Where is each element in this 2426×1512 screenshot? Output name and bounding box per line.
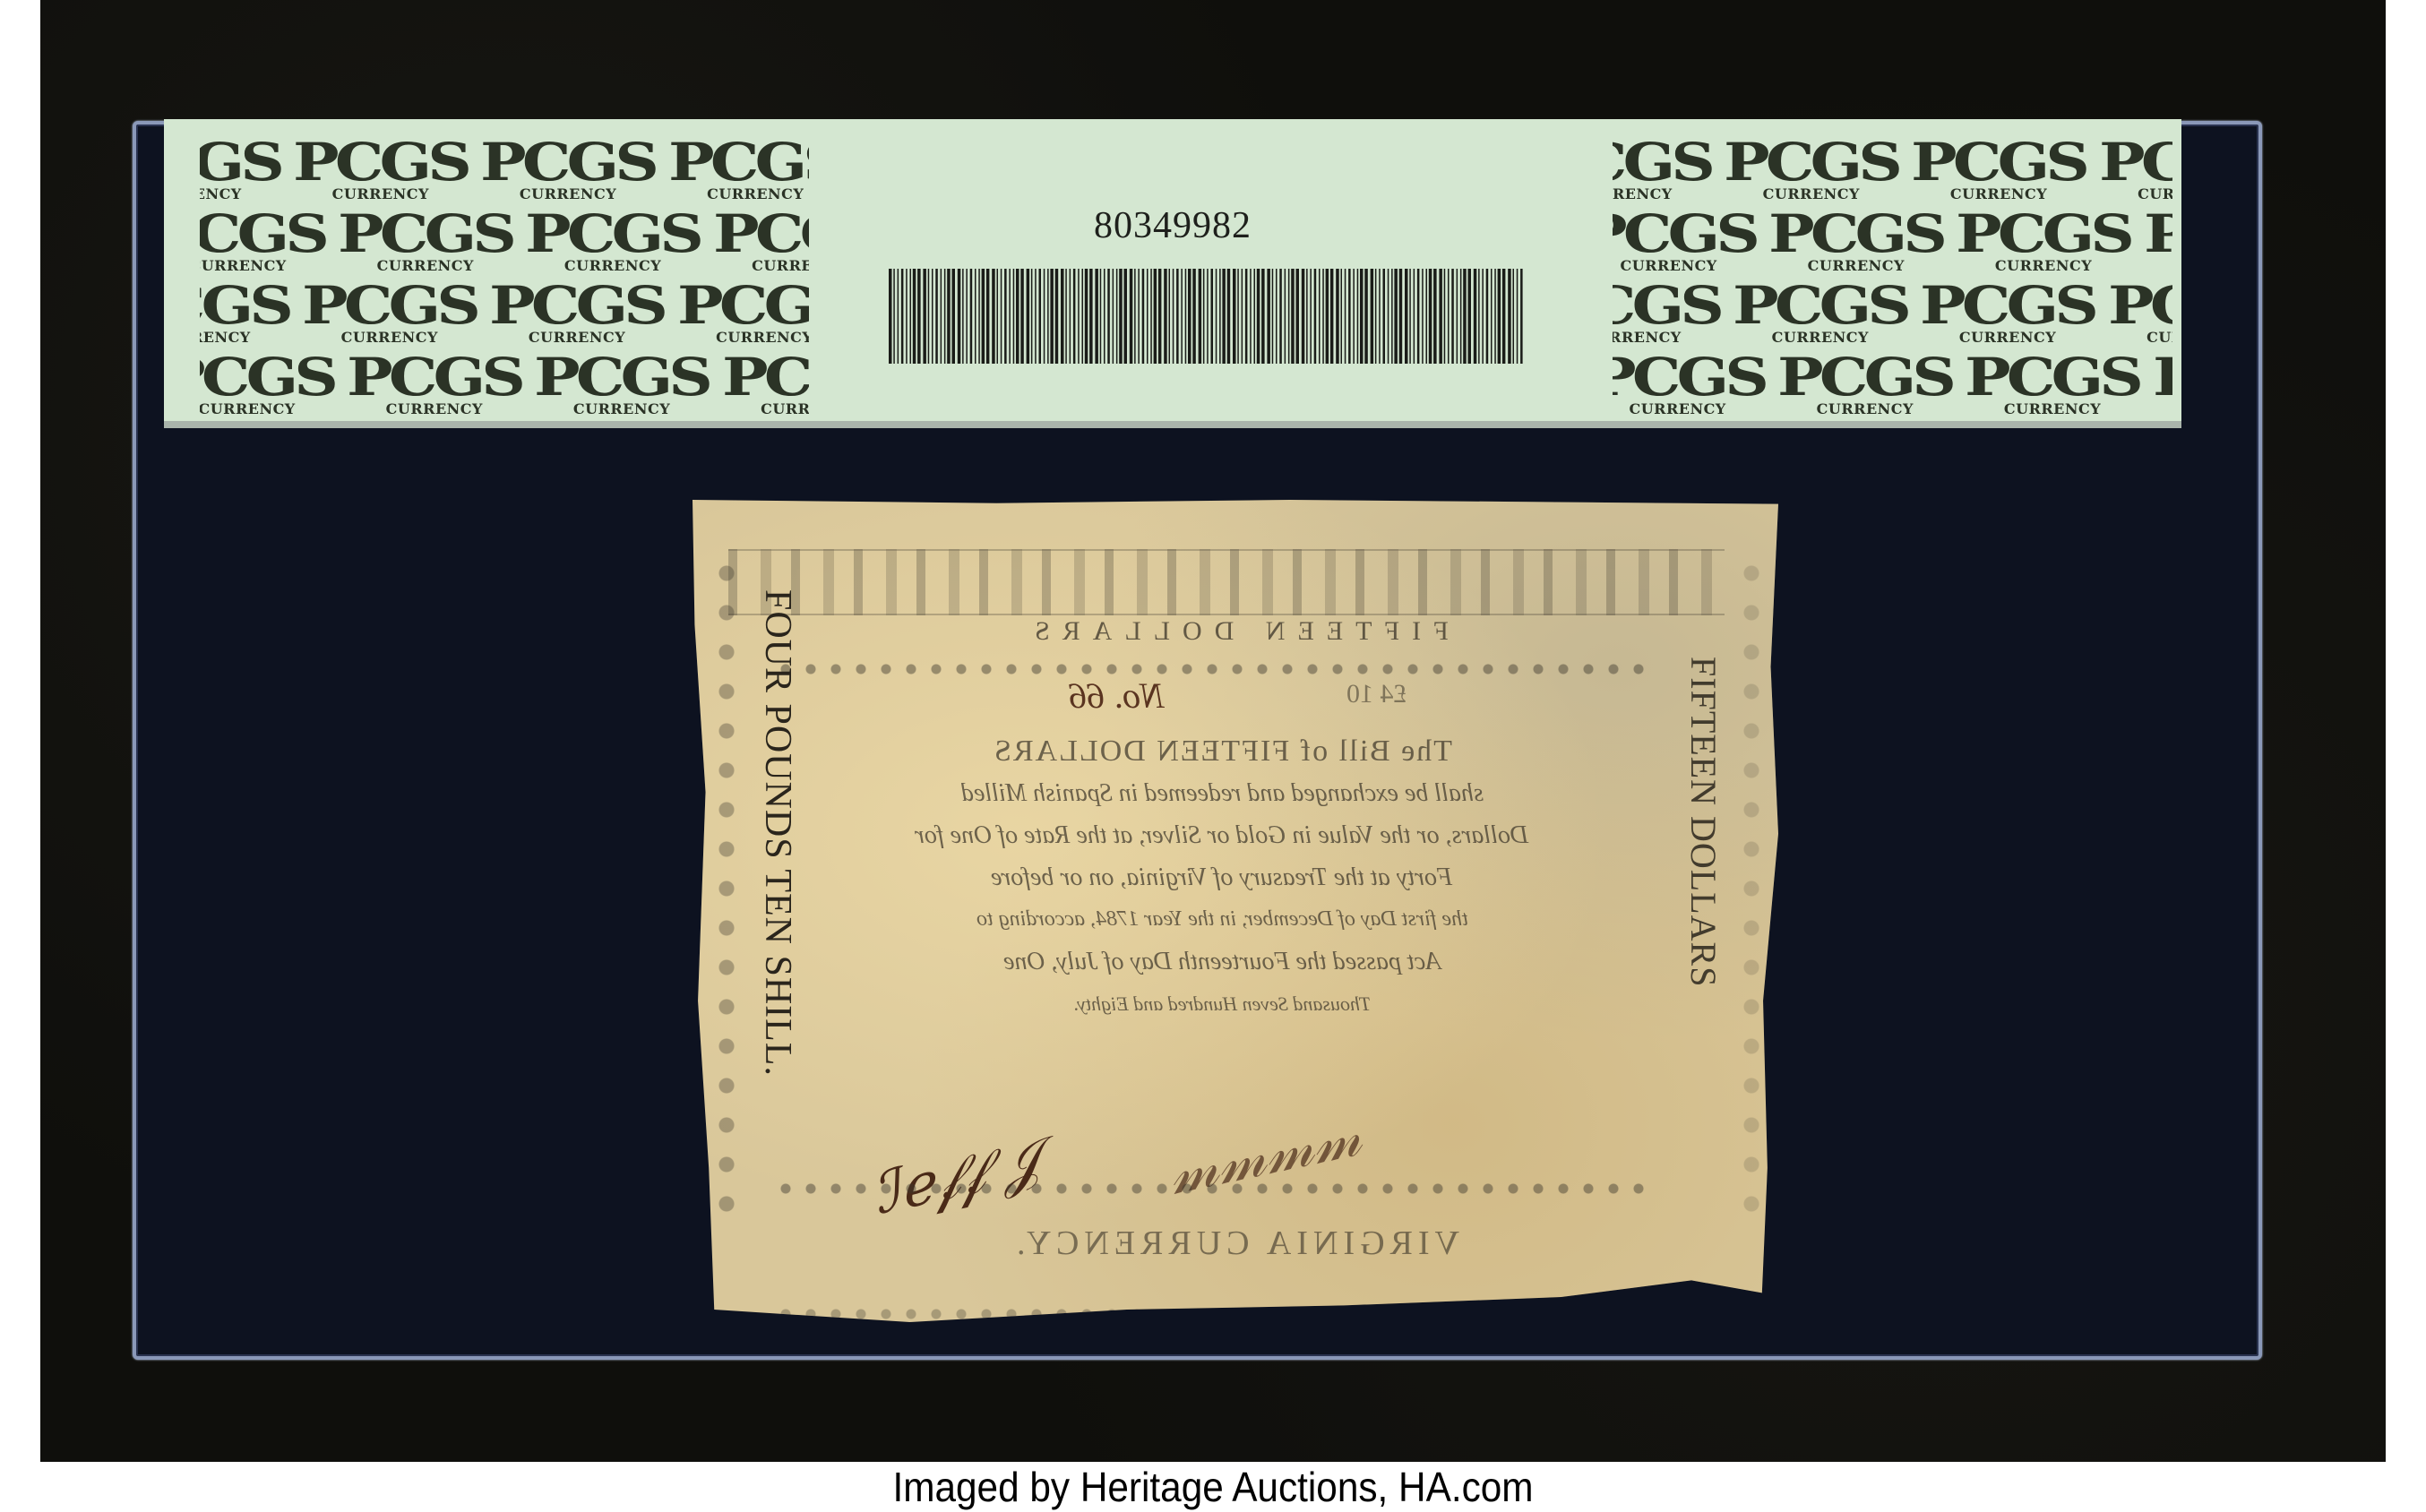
left-border-text: FOUR POUNDS TEN SHILL. [755, 589, 800, 1252]
pcgs-logo-pattern-left: PCGSCURRENCYPCGSCURRENCYPCGSCURRENCYPCGS… [200, 128, 809, 415]
note-serial: No. 66 [1069, 674, 1165, 717]
pcgs-logo: PCGSCURRENCY [315, 280, 463, 345]
image-credit-caption: Imaged by Heritage Auctions, HA.com [97, 1463, 2328, 1511]
pcgs-logo: PCGSCURRENCY [200, 280, 276, 345]
pcgs-logo: PCGSCURRENCY [1613, 209, 1742, 273]
banknote: FIFTEEN DOLLARS No. 66 £4 10 The Bill of… [693, 500, 1778, 1335]
barcode [887, 269, 1528, 364]
pcgs-logo: PCGSCURRENCY [1613, 137, 1698, 202]
pcgs-logo: PCGSCURRENCY [503, 280, 650, 345]
pcgs-logo: PCGSCURRENCY [2121, 280, 2172, 345]
note-bottom-text: VIRGINIA CURRENCY. [693, 1224, 1778, 1263]
pcgs-logo: PCGSCURRENCY [1791, 352, 1939, 415]
pcgs-logo: PCGSCURRENCY [1969, 209, 2117, 273]
pcgs-logo: PCGSCURRENCY [1933, 280, 2081, 345]
signature-left: ℐℯ𝒻𝒻 𝒥 [866, 1128, 1046, 1228]
right-border-text: FIFTEEN DOLLARS [1680, 657, 1725, 1158]
right-ornament-border [1733, 554, 1769, 1227]
pcgs-logo: PCGSCURRENCY [494, 137, 641, 202]
pcgs-logo: PCGSCURRENCY [360, 352, 508, 415]
pcgs-logo: PCGSCURRENCY [1737, 137, 1885, 202]
pcgs-logo: PCGSCURRENCY [2112, 137, 2172, 202]
pcgs-logo: PCGSCURRENCY [2157, 209, 2172, 273]
note-body-text: The Bill of FIFTEEN DOLLARS shall be exc… [791, 731, 1653, 1025]
pcgs-logo: PCGSCURRENCY [1746, 280, 1894, 345]
ornament-row [773, 661, 1653, 677]
pcgs-logo: PCGSCURRENCY [200, 352, 321, 415]
pcgs-label: PCGSCURRENCYPCGSCURRENCYPCGSCURRENCYPCGS… [164, 119, 2181, 428]
note-denomination: £4 10 [1346, 679, 1407, 709]
pcgs-logo: PCGSCURRENCY [691, 280, 809, 345]
pcgs-logo-pattern-right: PCGSCURRENCYPCGSCURRENCYPCGSCURRENCYPCGS… [1613, 128, 2172, 415]
top-ornament-border [728, 549, 1725, 615]
pcgs-logo: PCGSCURRENCY [1613, 280, 1707, 345]
pcgs-logo: PCGSCURRENCY [1782, 209, 1930, 273]
ornament-row-bottom [773, 1181, 1653, 1197]
pcgs-logo: PCGSCURRENCY [200, 137, 267, 202]
left-ornament-border [709, 554, 744, 1227]
note-heading: FIFTEEN DOLLARS [693, 616, 1778, 647]
pcgs-logo: PCGSCURRENCY [547, 352, 695, 415]
pcgs-logo: PCGSCURRENCY [2166, 352, 2172, 415]
pcgs-logo: PCGSCURRENCY [1924, 137, 2072, 202]
pcgs-logo: PCGSCURRENCY [1978, 352, 2126, 415]
pcgs-logo: PCGSCURRENCY [306, 137, 454, 202]
pcgs-logo: PCGSCURRENCY [1613, 352, 1751, 415]
pcgs-logo: PCGSCURRENCY [736, 352, 809, 415]
pcgs-logo: PCGSCURRENCY [682, 137, 809, 202]
